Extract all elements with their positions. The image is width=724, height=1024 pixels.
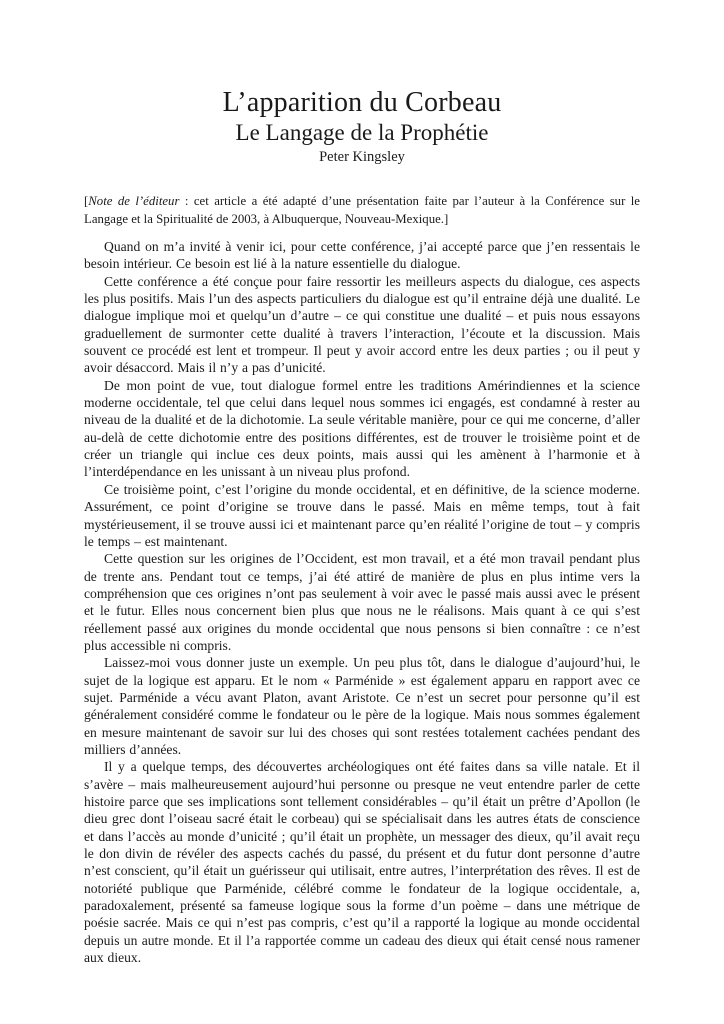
paragraph: Cette conférence a été conçue pour faire… [84,273,640,377]
editor-note-label: Note de l’éditeur [88,194,179,208]
article-body: Quand on m’a invité à venir ici, pour ce… [84,238,640,966]
document-title: L’apparition du Corbeau [84,86,640,119]
paragraph: De mon point de vue, tout dialogue forme… [84,377,640,481]
paragraph: Ce troisième point, c’est l’origine du m… [84,481,640,550]
author-name: Peter Kingsley [84,148,640,166]
paragraph: Laissez-moi vous donner juste un exemple… [84,654,640,758]
document-page: L’apparition du Corbeau Le Langage de la… [0,0,724,1024]
paragraph: Il y a quelque temps, des découvertes ar… [84,758,640,966]
paragraph: Quand on m’a invité à venir ici, pour ce… [84,238,640,273]
document-subtitle: Le Langage de la Prophétie [84,119,640,147]
editor-note: [Note de l’éditeur : cet article a été a… [84,192,640,228]
paragraph: Cette question sur les origines de l’Occ… [84,550,640,654]
